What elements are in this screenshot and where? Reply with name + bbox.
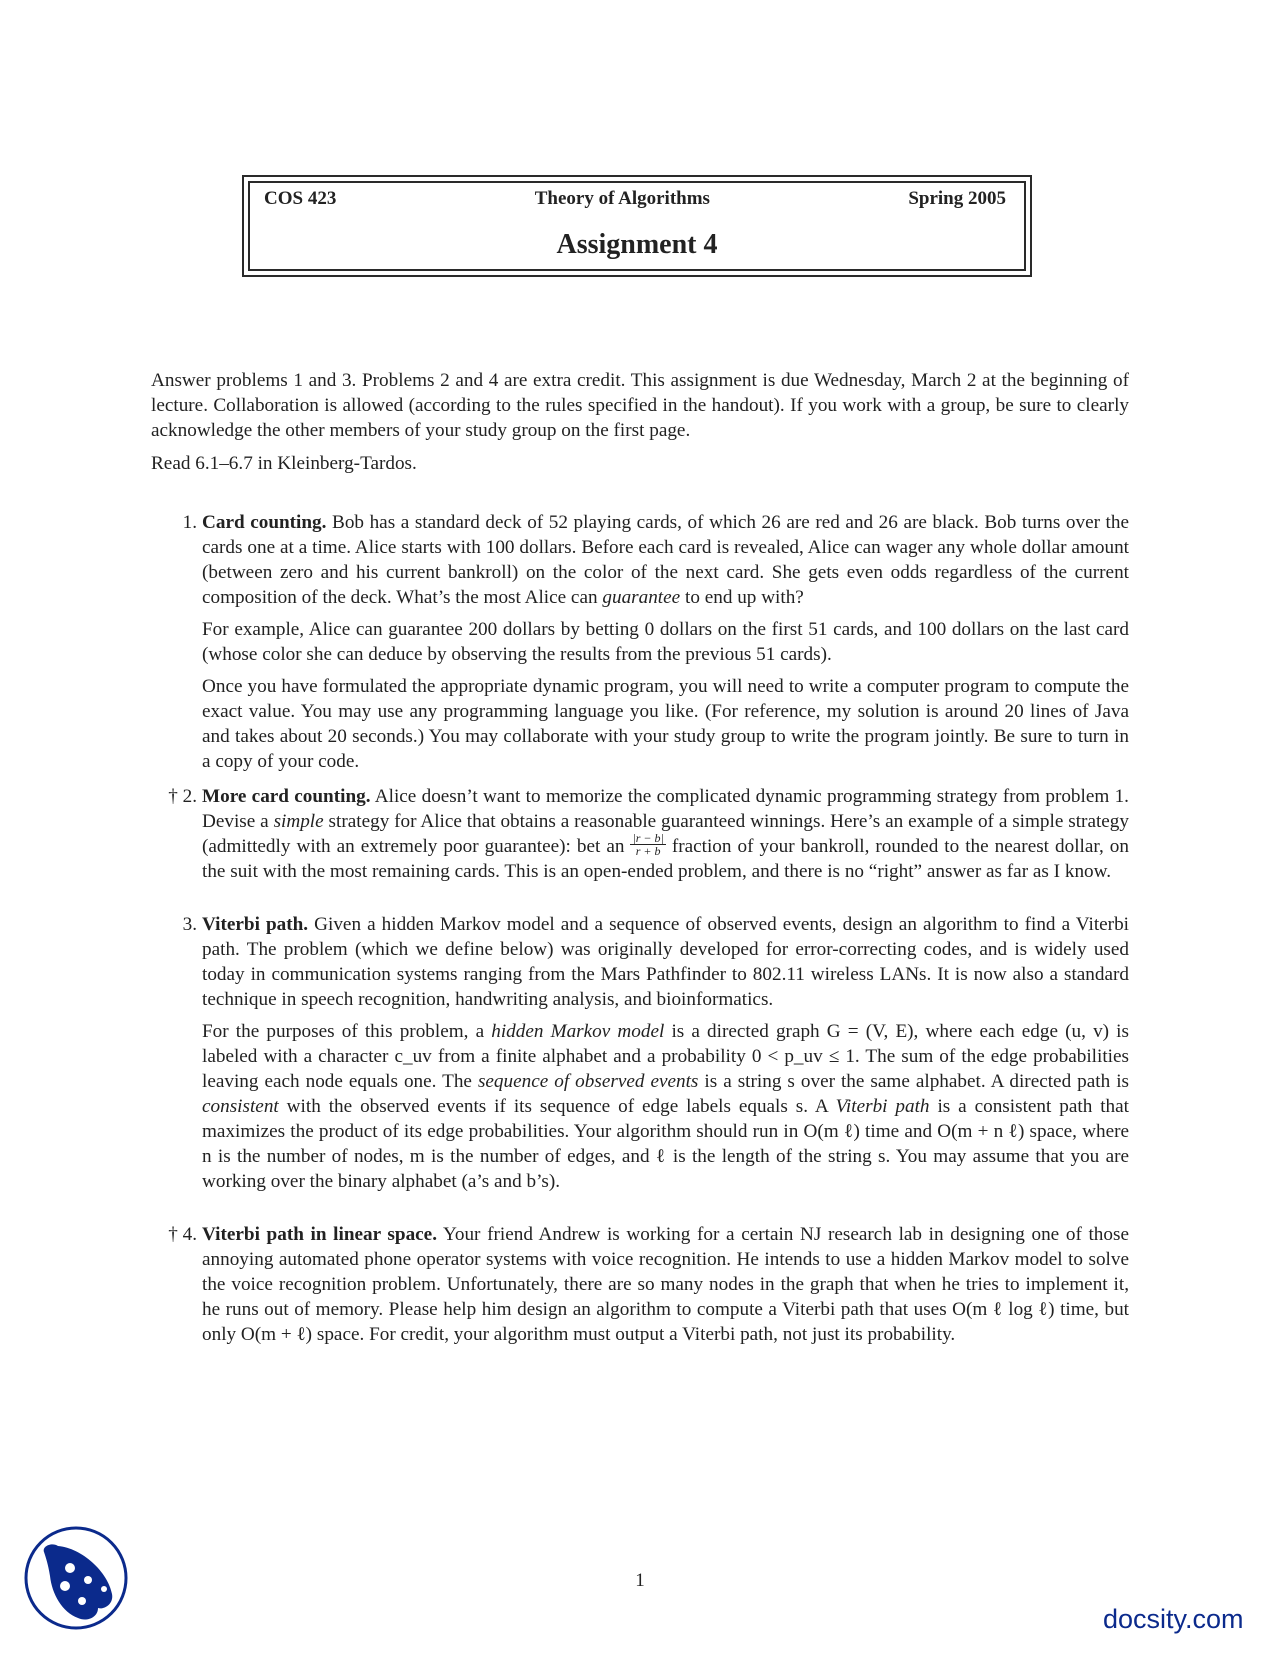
problem-4: † 4. Viterbi path in linear space. Your …	[151, 1222, 1129, 1347]
problem-statement: Card counting. Bob has a standard deck o…	[202, 510, 1129, 610]
problem-example: For example, Alice can guarantee 200 dol…	[202, 617, 1129, 667]
problem-statement: Viterbi path. Given a hidden Markov mode…	[202, 912, 1129, 1012]
problem-1: 1. Card counting. Bob has a standard dec…	[151, 510, 1129, 774]
intro-paragraph: Answer problems 1 and 3. Problems 2 and …	[151, 368, 1129, 443]
page-number: 1	[0, 1570, 1280, 1592]
header-box: COS 423 Theory of Algorithms Spring 2005…	[242, 175, 1032, 277]
course-subject: Theory of Algorithms	[535, 188, 710, 210]
problem-number: 3.	[151, 912, 197, 937]
problem-title: Viterbi path in linear space.	[202, 1224, 437, 1245]
problem-definition: For the purposes of this problem, a hidd…	[202, 1019, 1129, 1194]
page-title: Assignment 4	[250, 229, 1024, 261]
header-inner-frame: COS 423 Theory of Algorithms Spring 2005…	[248, 181, 1026, 271]
problem-title: More card counting.	[202, 786, 371, 807]
problem-number: † 2.	[151, 784, 197, 809]
emphasis: simple	[274, 811, 324, 832]
reading-paragraph: Read 6.1–6.7 in Kleinberg-Tardos.	[151, 451, 1129, 476]
problem-statement: Viterbi path in linear space. Your frien…	[202, 1222, 1129, 1347]
header-row: COS 423 Theory of Algorithms Spring 2005	[264, 188, 1006, 210]
course-code: COS 423	[264, 188, 336, 210]
docsity-logo-icon[interactable]	[22, 1524, 130, 1632]
problem-title: Card counting.	[202, 512, 326, 533]
problem-2: † 2. More card counting. Alice doesn’t w…	[151, 784, 1129, 884]
problem-number: 1.	[151, 510, 197, 535]
problem-title: Viterbi path.	[202, 914, 308, 935]
docsity-watermark-link[interactable]: docsity.com	[1103, 1604, 1244, 1635]
problem-3: 3. Viterbi path. Given a hidden Markov m…	[151, 912, 1129, 1194]
problem-statement: More card counting. Alice doesn’t want t…	[202, 784, 1129, 884]
document-body: Answer problems 1 and 3. Problems 2 and …	[151, 368, 1129, 1357]
problem-instructions: Once you have formulated the appropriate…	[202, 674, 1129, 774]
fraction: |r − b|r + b	[630, 832, 665, 857]
course-term: Spring 2005	[908, 188, 1006, 210]
problem-number: † 4.	[151, 1222, 197, 1247]
emphasis: guarantee	[602, 587, 680, 608]
